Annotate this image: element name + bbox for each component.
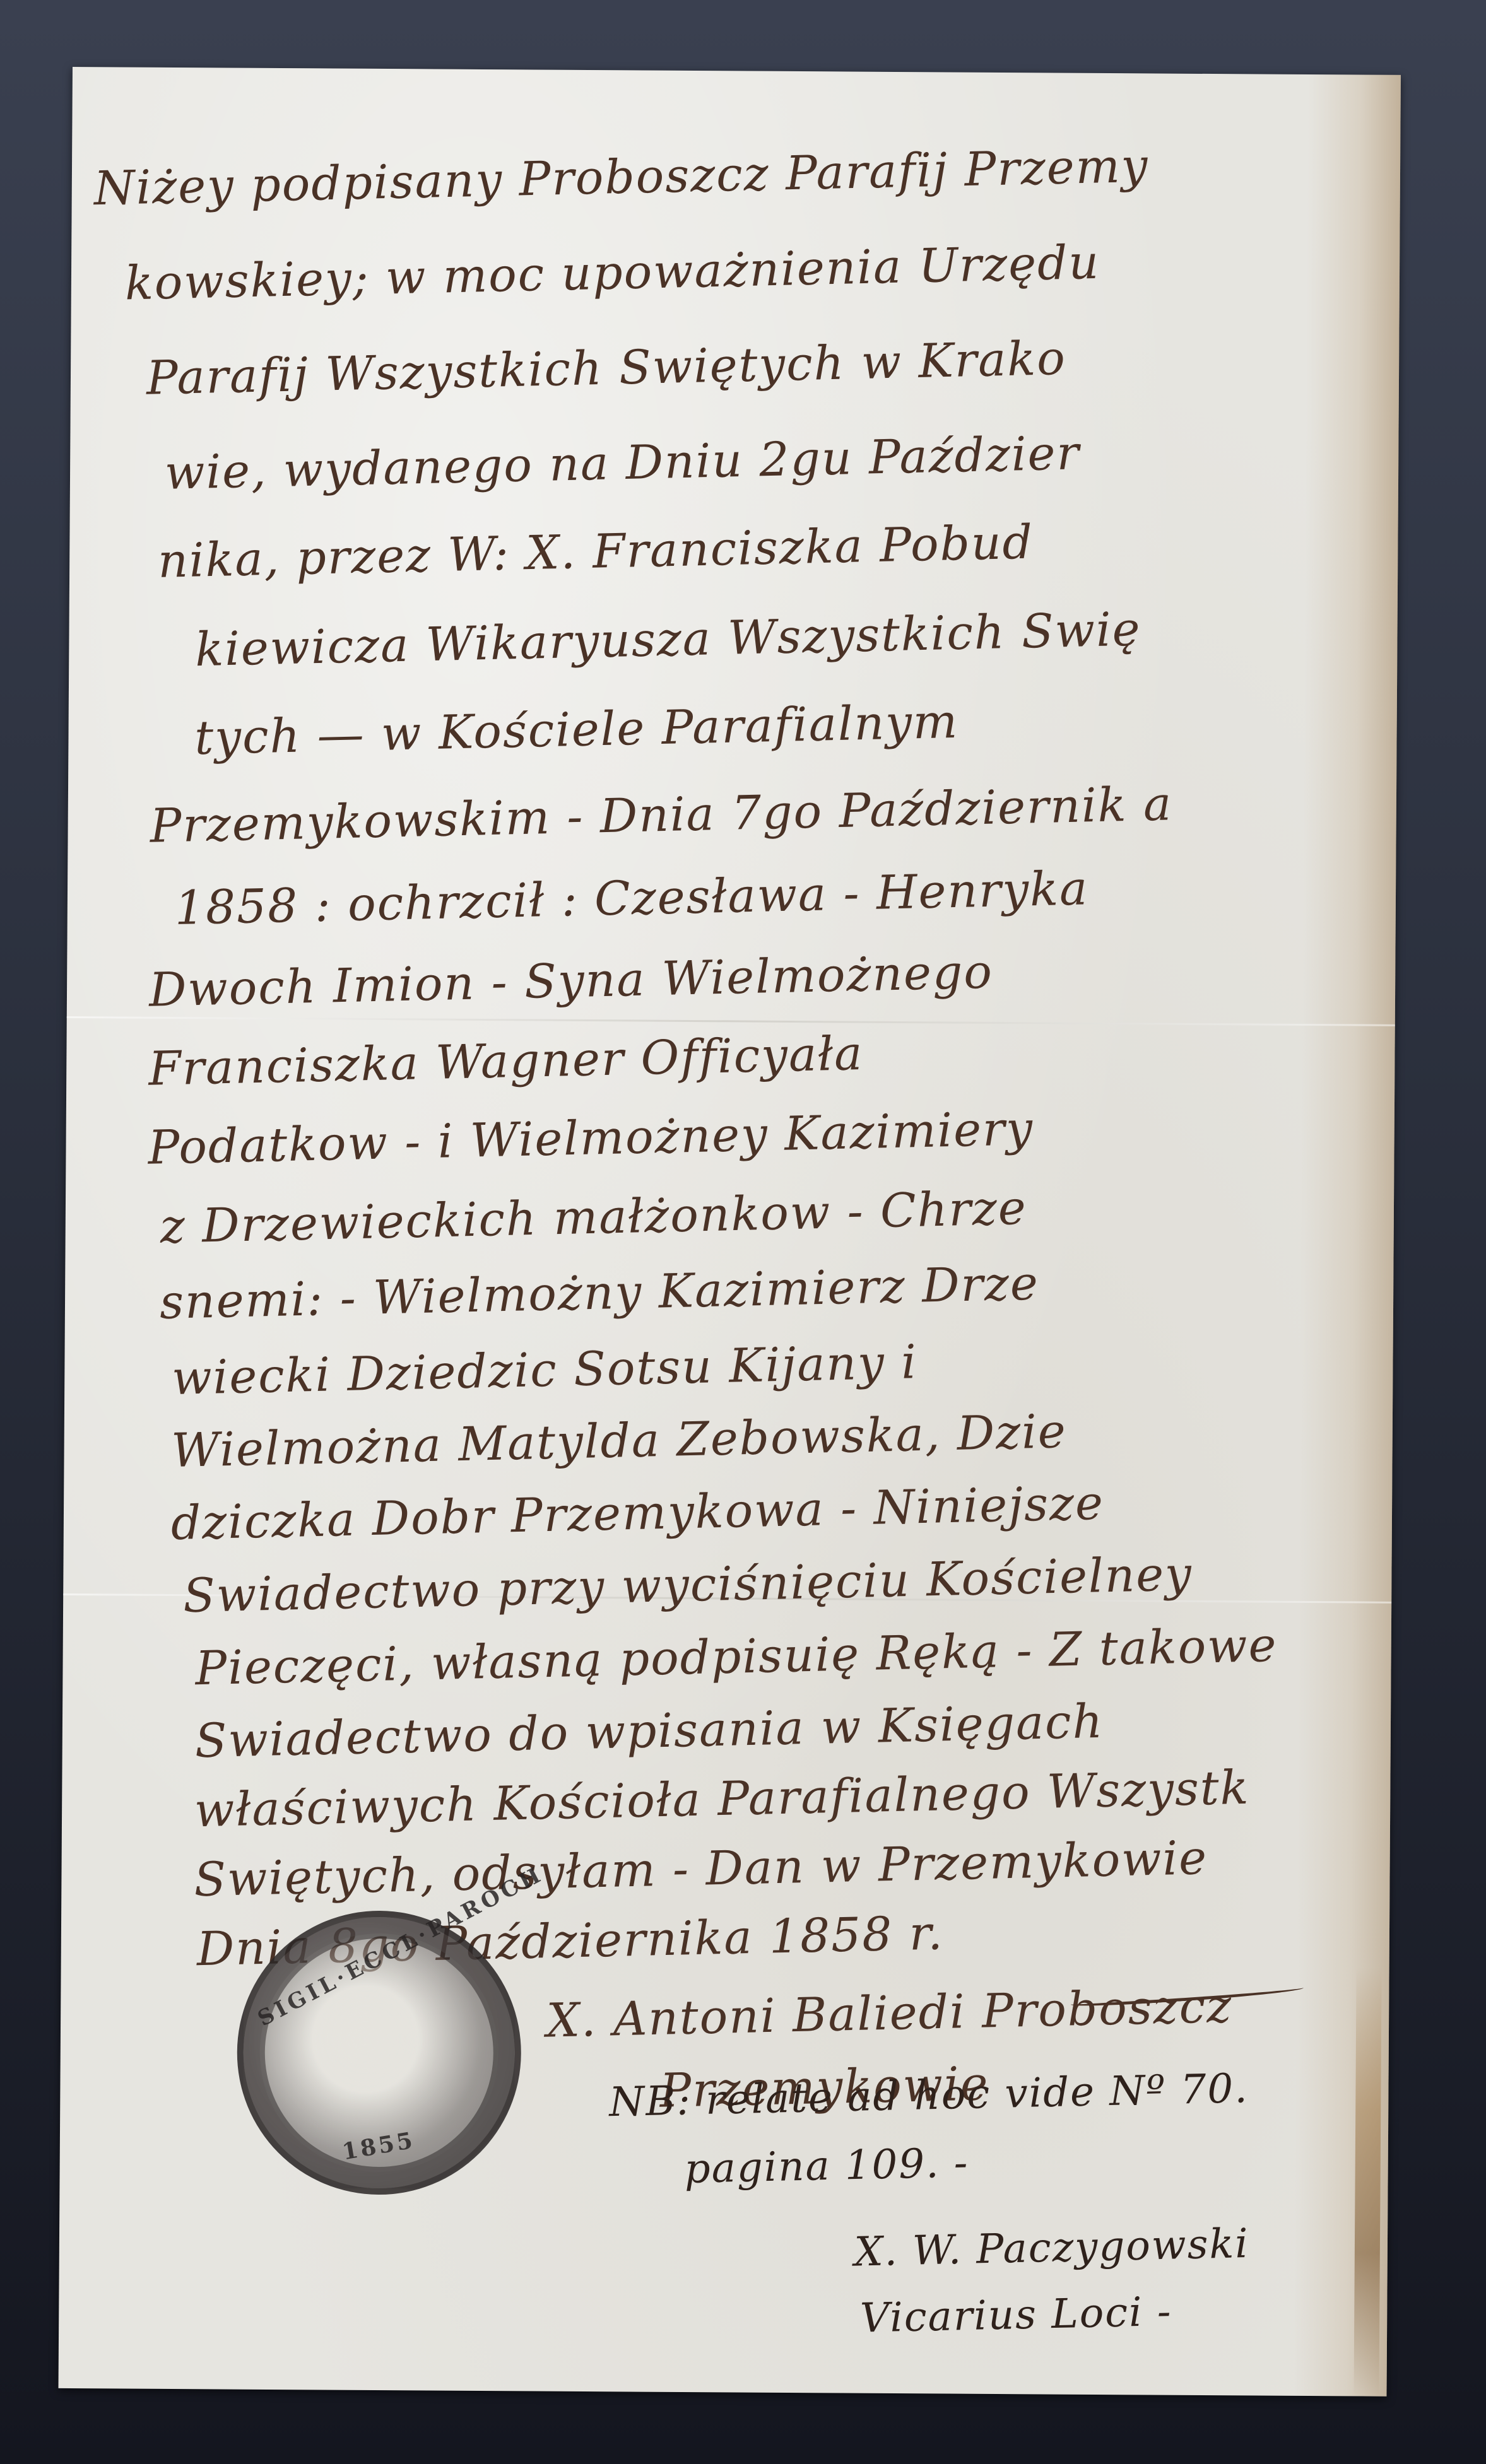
text-line: Swiętych, odsyłam - Dan w Przemykowie xyxy=(194,1831,1208,1907)
text-line: Franciszka Wagner Officyała xyxy=(148,1026,864,1096)
text-line: z Drzewieckich małżonkow - Chrze xyxy=(160,1181,1028,1254)
text-line: Przemykowskim - Dnia 7go Październik a xyxy=(150,777,1173,853)
edge-stain xyxy=(1353,1967,1381,2396)
text-line: wie, wydanego na Dniu 2gu Paździer xyxy=(164,426,1080,500)
text-line: kiewicza Wikaryusza Wszystkich Swię xyxy=(194,602,1141,678)
seal-date: 1855 xyxy=(242,2110,514,2181)
seal-inscription: SIGIL·ECCL·PAROCH xyxy=(254,1884,505,2032)
text-line: snemi: - Wielmożny Kazimierz Drze xyxy=(159,1256,1039,1329)
text-line: Dwoch Imion - Syna Wielmożnego xyxy=(148,945,994,1018)
text-line: tych — w Kościele Parafialnym xyxy=(194,695,959,765)
text-line: Pieczęci, własną podpisuię Ręką - Z tako… xyxy=(195,1618,1278,1696)
text-line: Podatkow - i Wielmożney Kazimiery xyxy=(148,1101,1034,1175)
paper-fold-crease xyxy=(67,1016,1395,1026)
text-line: Parafij Wszystkich Swiętych w Krako xyxy=(146,331,1067,406)
text-line: kowskiey; w moc upoważnienia Urzędu xyxy=(124,235,1100,311)
text-line: dziczka Dobr Przemykowa - Niniejsze xyxy=(170,1476,1105,1551)
text-line: właściwych Kościoła Parafialnego Wszystk xyxy=(194,1761,1250,1838)
signature-priest: X. Antoni Baliedi Proboszcz xyxy=(546,1979,1233,2048)
document-sheet: Niżey podpisany Proboszcz Parafij Przemy… xyxy=(59,67,1401,2397)
text-line: Wielmożna Matylda Zebowska, Dzie xyxy=(171,1404,1068,1478)
annotation-signer: X. W. Paczygowski xyxy=(854,2221,1249,2276)
annotation-title: Vicarius Loci - xyxy=(859,2289,1172,2342)
text-line: wiecki Dziedzic Sotsu Kijany i xyxy=(171,1335,917,1405)
text-line: Niżey podpisany Proboszcz Parafij Przemy xyxy=(93,139,1149,216)
text-line: Swiadectwo do wpisania w Księgach xyxy=(194,1694,1104,1768)
text-line: nika, przez W: X. Franciszka Pobud xyxy=(157,515,1034,589)
parish-seal-stamp: SIGIL·ECCL·PAROCH 1855 xyxy=(236,1910,522,2196)
text-line: 1858 : ochrzcił : Czesława - Henryka xyxy=(174,861,1089,936)
annotation-page: pagina 109. - xyxy=(684,2140,969,2193)
text-line: Swiadectwo przy wyciśnięciu Kościelney xyxy=(182,1547,1193,1623)
